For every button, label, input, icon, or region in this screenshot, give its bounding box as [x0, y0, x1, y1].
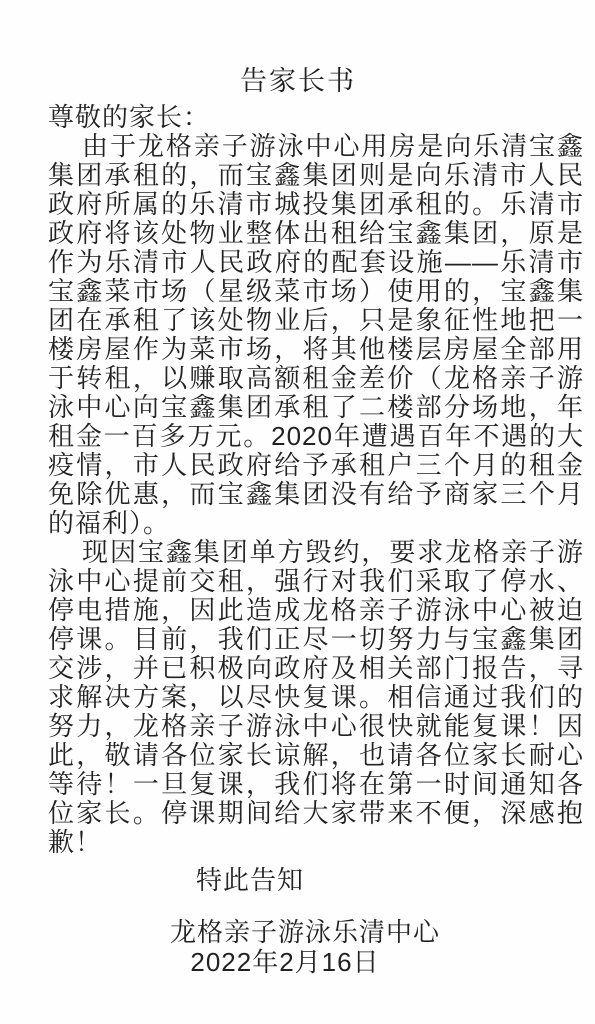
- signature-organization: 龙格亲子游泳乐清中心: [37, 918, 573, 947]
- signature-date: 2022年2月16日: [17, 948, 553, 977]
- salutation: 尊敬的家长：: [48, 103, 584, 132]
- paragraph-suspension-notice: 现因宝鑫集团单方毁约，要求龙格亲子游泳中心提前交租，强行对我们采取了停水、停电措…: [48, 538, 584, 857]
- document-title: 告家长书: [30, 67, 566, 96]
- closing-phrase: 特此告知: [0, 866, 518, 895]
- notice-document: 告家长书 尊敬的家长： 由于龙格亲子游泳中心用房是向乐清宝鑫集团承租的，而宝鑫集…: [0, 0, 595, 1024]
- paragraph-lease-background: 由于龙格亲子游泳中心用房是向乐清宝鑫集团承租的，而宝鑫集团则是向乐清市人民政府所…: [48, 132, 584, 538]
